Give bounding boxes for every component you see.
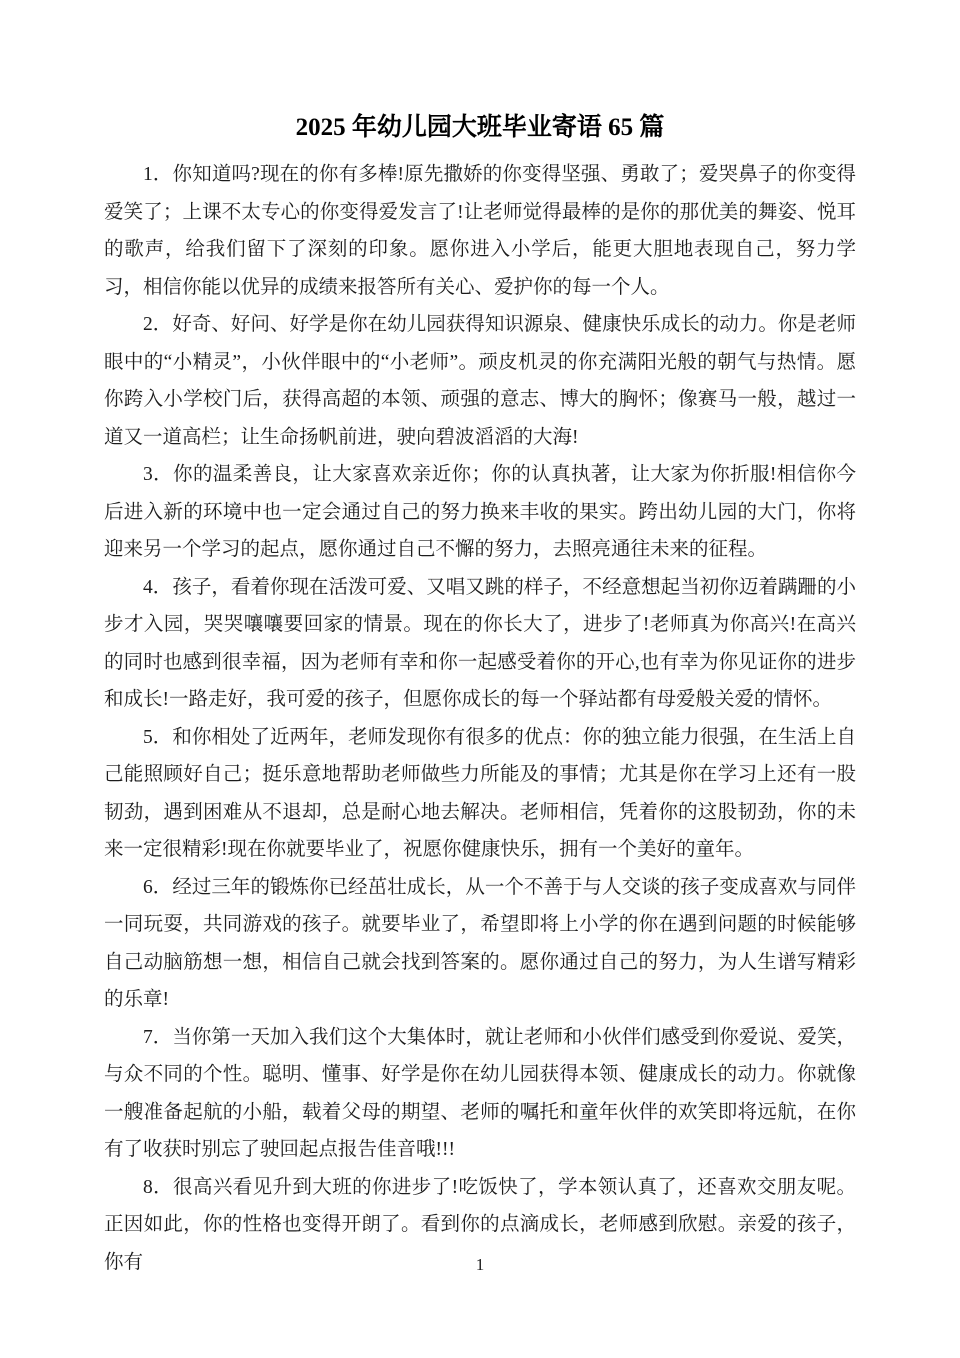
paragraph-4: 4．孩子，看着你现在活泼可爱、又唱又跳的样子，不经意想起当初你迈着蹒跚的小步才入… (104, 569, 856, 719)
document-body: 1．你知道吗?现在的你有多棒!原先撒娇的你变得坚强、勇敢了；爱哭鼻子的你变得爱笑… (104, 156, 856, 1281)
paragraph-5: 5．和你相处了近两年，老师发现你有很多的优点：你的独立能力很强，在生活上自己能照… (104, 719, 856, 869)
paragraph-6: 6．经过三年的锻炼你已经茁壮成长，从一个不善于与人交谈的孩子变成喜欢与同伴一同玩… (104, 869, 856, 1019)
document-page: 2025 年幼儿园大班毕业寄语 65 篇 1．你知道吗?现在的你有多棒!原先撒娇… (0, 0, 960, 1358)
paragraph-1: 1．你知道吗?现在的你有多棒!原先撒娇的你变得坚强、勇敢了；爱哭鼻子的你变得爱笑… (104, 156, 856, 306)
page-number: 1 (0, 1254, 960, 1276)
paragraph-3: 3．你的温柔善良，让大家喜欢亲近你；你的认真执著，让大家为你折服!相信你今后进入… (104, 456, 856, 569)
page-title: 2025 年幼儿园大班毕业寄语 65 篇 (0, 112, 960, 144)
paragraph-7: 7．当你第一天加入我们这个大集体时，就让老师和小伙伴们感受到你爱说、爱笑，与众不… (104, 1019, 856, 1169)
paragraph-2: 2．好奇、好问、好学是你在幼儿园获得知识源泉、健康快乐成长的动力。你是老师眼中的… (104, 306, 856, 456)
